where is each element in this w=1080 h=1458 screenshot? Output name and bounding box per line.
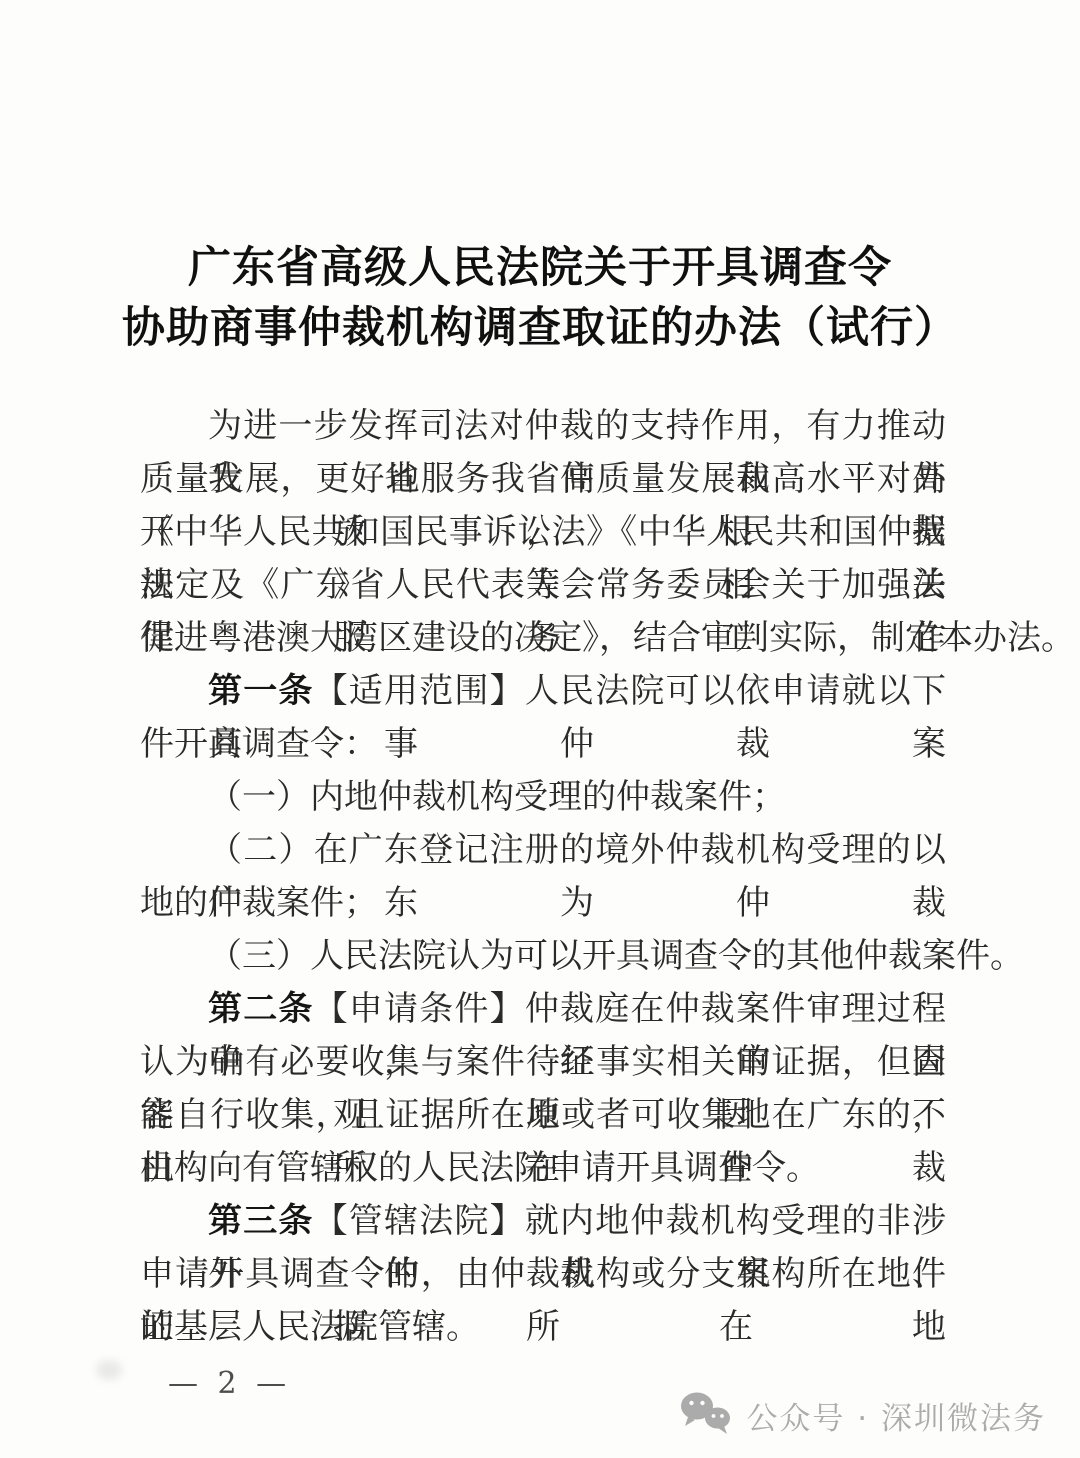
article-number: 第三条 bbox=[208, 1201, 314, 1241]
scan-smudge bbox=[96, 1360, 122, 1380]
text-line: （三）人民法院认为可以开具调查令的其他仲裁案件。 bbox=[140, 930, 946, 983]
watermark-label: 公众号 · 深圳微法务 bbox=[746, 1393, 1046, 1438]
text-line: （二）在广东登记注册的境外仲裁机构受理的以广东为仲裁 bbox=[140, 824, 946, 877]
text-line: 质量发展，更好地服务我省高质量发展和高水平对外开放，根据 bbox=[140, 453, 946, 506]
title-line-1: 广东省高级人民法院关于开具调查令 bbox=[0, 238, 1080, 298]
title-line-2: 协助商事仲裁机构调查取证的办法（试行） bbox=[0, 298, 1080, 358]
article-number: 第二条 bbox=[208, 989, 314, 1029]
article-subject: 【管辖法院】 bbox=[314, 1201, 525, 1241]
text-line: 认为确有必要收集与案件待证事实相关的证据，但因客观原因不 bbox=[140, 1036, 946, 1089]
document-lines: 为进一步发挥司法对仲裁的支持作用，有力推动我省仲裁高质量发展，更好地服务我省高质… bbox=[140, 400, 946, 1354]
document-title: 广东省高级人民法院关于开具调查令 协助商事仲裁机构调查取证的办法（试行） bbox=[0, 238, 1080, 358]
article-number: 第一条 bbox=[208, 671, 314, 711]
text-line: 第二条【申请条件】仲裁庭在仲裁案件审理过程中，经审查 bbox=[140, 983, 946, 1036]
document-page: 广东省高级人民法院关于开具调查令 协助商事仲裁机构调查取证的办法（试行） 为进一… bbox=[0, 0, 1080, 1458]
text-line: 规定及《广东省人民代表大会常务委员会关于加强法律服务工作 bbox=[140, 559, 946, 612]
text-line: （一）内地仲裁机构受理的仲裁案件； bbox=[140, 771, 946, 824]
text-line: 能自行收集，且证据所在地或者可收集地在广东的，由所在仲裁 bbox=[140, 1089, 946, 1142]
text-line: 为进一步发挥司法对仲裁的支持作用，有力推动我省仲裁高 bbox=[140, 400, 946, 453]
text-line: 促进粤港澳大湾区建设的决定》，结合审判实际，制定本办法。 bbox=[140, 612, 946, 665]
text-line: 第三条【管辖法院】就内地仲裁机构受理的非涉外仲裁案件 bbox=[140, 1195, 946, 1248]
page-number: — 2 — bbox=[168, 1366, 291, 1401]
text-line: 第一条【适用范围】人民法院可以依申请就以下商事仲裁案 bbox=[140, 665, 946, 718]
article-subject: 【适用范围】 bbox=[314, 671, 525, 711]
text-line: 申请开具调查令的，由仲裁机构或分支机构所在地、证据所在地 bbox=[140, 1248, 946, 1301]
watermark: 公众号 · 深圳微法务 bbox=[678, 1390, 1046, 1440]
article-subject: 【申请条件】 bbox=[314, 989, 525, 1029]
wechat-icon bbox=[678, 1390, 734, 1440]
text-line: 《中华人民共和国民事诉讼法》《中华人民共和国仲裁法》等相关 bbox=[140, 506, 946, 559]
